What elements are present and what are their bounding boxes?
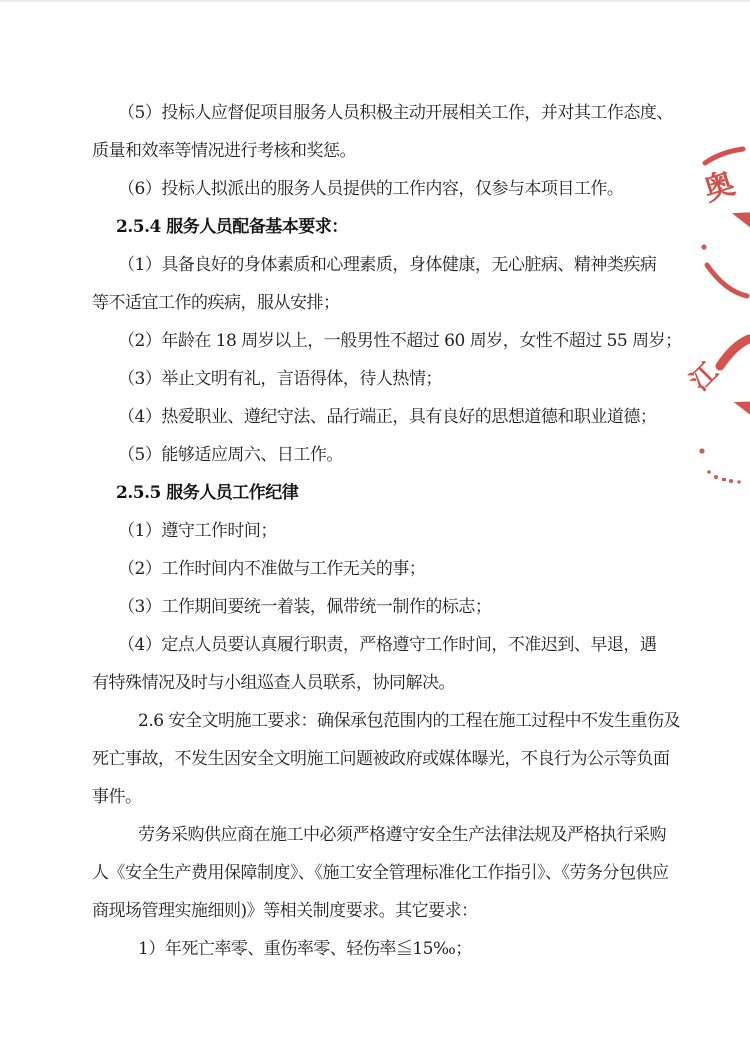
seal-ring-arc-top [705,149,743,163]
document-line: （2）年龄在 18 周岁以上，一般男性不超过 60 周岁，女性不超过 55 周岁… [92,322,672,360]
document-line: 有特殊情况及时与小组巡查人员联系，协同解决。 [92,664,672,702]
document-line: （6）投标人拟派出的服务人员提供的工作内容，仅参与本项目工作。 [92,170,672,208]
document-line: （3）举止文明有礼，言语得体，待人热情； [92,360,672,398]
document-line: （3）工作期间要统一着装，佩带统一制作的标志； [92,588,672,626]
document-page: （5）投标人应督促项目服务人员积极主动开展相关工作，并对其工作态度、质量和效率等… [0,0,750,1060]
document-line: 劳务采购供应商在施工中必须严格遵守安全生产法律法规及严格执行采购 [92,816,672,854]
document-line: 人《安全生产费用保障制度》、《施工安全管理标准化工作指引》、《劳务分包供应 [92,854,672,892]
seal-dot [699,448,704,453]
document-line: （2）工作时间内不准做与工作无关的事； [92,550,672,588]
seal-serial-marks [707,470,741,484]
document-line: 2.5.5 服务人员工作纪律 [92,474,672,512]
document-line: 等不适宜工作的疾病，服从安排； [92,284,672,322]
document-line: （1）遵守工作时间； [92,512,672,550]
document-line: （4）热爱职业、遵纪守法、品行端正，具有良好的思想道德和职业道德； [92,398,672,436]
document-line: （1）具备良好的身体素质和心理素质，身体健康，无心脏病、精神类疾病 [92,246,672,284]
document-line: （5）投标人应督促项目服务人员积极主动开展相关工作，并对其工作态度、 [92,94,672,132]
document-line: 2.5.4 服务人员配备基本要求： [92,208,672,246]
document-line: （4）定点人员要认真履行职责，严格遵守工作时间，不准迟到、早退，遇 [92,626,672,664]
document-line: 商现场管理实施细则)》等相关制度要求。其它要求： [92,892,672,930]
seal-ring-arc-top [720,339,749,366]
seal-star-icon [734,362,750,467]
document-line: 1）年死亡率零、重伤率零、轻伤率≦15‰； [92,930,672,968]
document-line: 死亡事故，不发生因安全文明施工问题被政府或媒体曝光，不良行为公示等负面 [92,740,672,778]
page-top-edge [0,0,750,2]
document-line: （5）能够适应周六、日工作。 [92,436,672,474]
document-line: 质量和效率等情况进行考核和奖惩。 [92,132,672,170]
document-line: 2.6 安全文明施工要求：确保承包范围内的工程在施工过程中不发生重伤及 [92,702,672,740]
document-body: （5）投标人应督促项目服务人员积极主动开展相关工作，并对其工作态度、质量和效率等… [92,94,672,968]
red-seal-stamp-fragment-1: 奥 [695,143,750,305]
document-line: 事件。 [92,778,672,816]
seal-ring-arc-bottom [707,265,747,296]
seal-dot [701,244,706,249]
seal-character: 奥 [700,166,739,209]
red-seal-stamp-fragment-2: 江 [695,330,750,494]
